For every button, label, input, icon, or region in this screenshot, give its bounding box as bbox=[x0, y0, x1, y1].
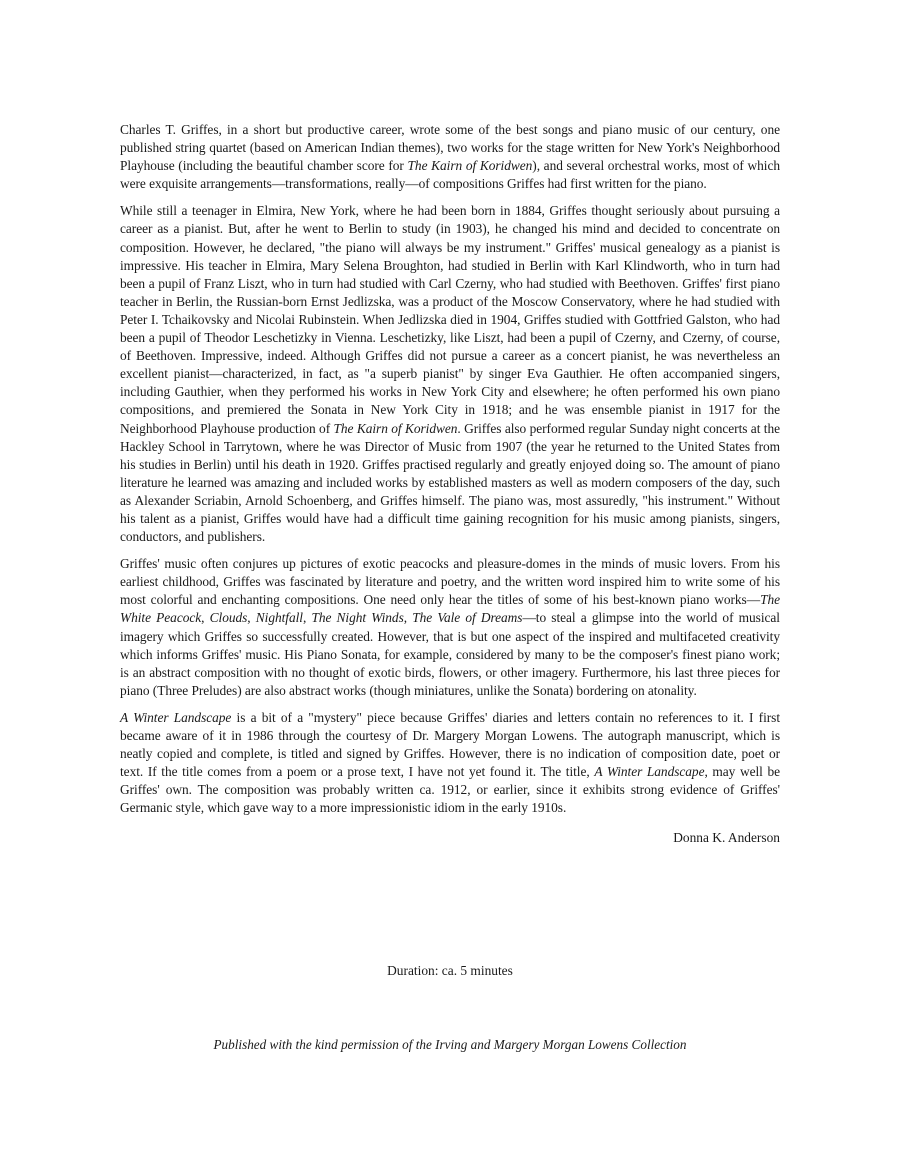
text-run: , bbox=[247, 610, 255, 625]
italic-title: A Winter Landscape bbox=[594, 764, 704, 779]
italic-title: Clouds bbox=[210, 610, 248, 625]
italic-title: A Winter Landscape bbox=[120, 710, 231, 725]
italic-title: Nightfall bbox=[256, 610, 303, 625]
paragraph-winter-landscape: A Winter Landscape is a bit of a "myster… bbox=[120, 709, 780, 818]
author-signature: Donna K. Anderson bbox=[120, 829, 780, 847]
italic-title: The Kairn of Koridwen bbox=[334, 421, 458, 436]
text-run: . Griffes also performed regular Sunday … bbox=[120, 421, 780, 545]
text-run: Griffes' music often conjures up picture… bbox=[120, 556, 780, 607]
paragraph-intro: Charles T. Griffes, in a short but produ… bbox=[120, 121, 780, 193]
italic-title: The Night Winds bbox=[311, 610, 403, 625]
italic-title: The Vale of Dreams bbox=[412, 610, 522, 625]
permission-credit: Published with the kind permission of th… bbox=[0, 1037, 900, 1053]
paragraph-musical-imagery: Griffes' music often conjures up picture… bbox=[120, 555, 780, 700]
text-run: While still a teenager in Elmira, New Yo… bbox=[120, 203, 780, 435]
text-run: , bbox=[404, 610, 412, 625]
duration-note: Duration: ca. 5 minutes bbox=[0, 963, 900, 979]
document-body: Charles T. Griffes, in a short but produ… bbox=[120, 121, 780, 847]
text-run: , bbox=[201, 610, 209, 625]
italic-title: The Kairn of Koridwen bbox=[408, 158, 533, 173]
paragraph-pianist-career: While still a teenager in Elmira, New Yo… bbox=[120, 202, 780, 546]
